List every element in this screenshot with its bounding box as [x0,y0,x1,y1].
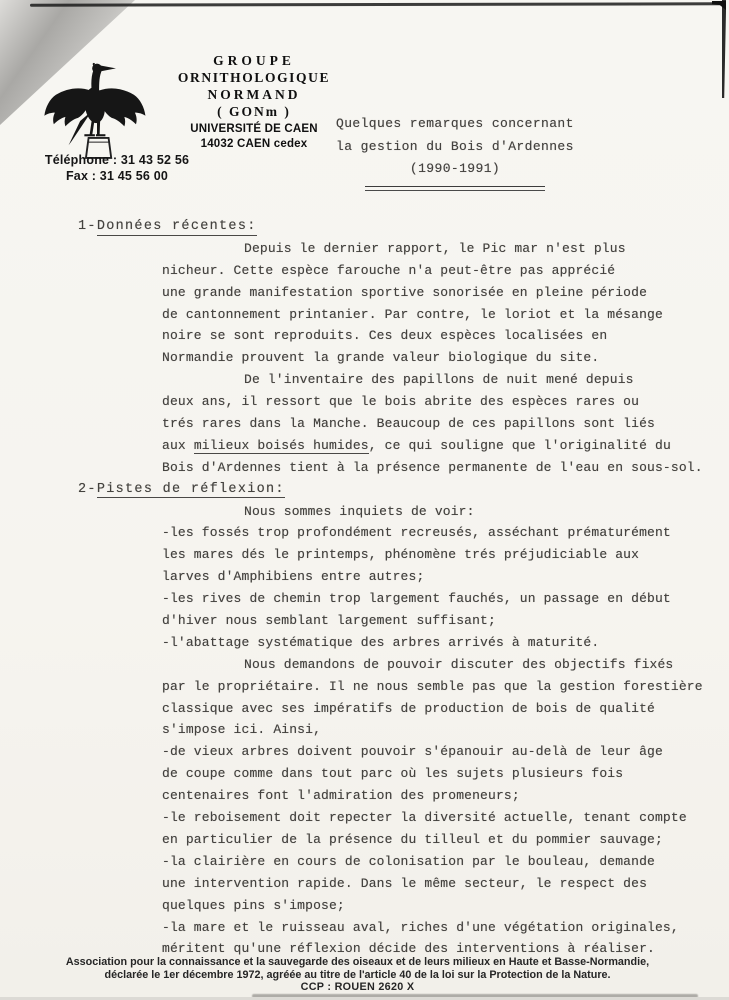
underlined-text: Pistes de réflexion: [97,482,285,499]
body-line: larves d'Amphibiens entre autres; [78,569,723,591]
body-line: -la clairière en cours de colonisation p… [78,854,723,876]
body-line: deux ans, il ressort que le bois abrite … [78,394,723,416]
document-footer: Association pour la connaissance et la s… [0,956,715,994]
body-line: quelques pins s'impose; [78,898,723,920]
underlined-text: Données récentes: [97,219,257,236]
footer-line-2: déclarée le 1er décembre 1972, agréée au… [0,969,715,982]
org-university: UNIVERSITÉ DE CAEN [168,122,340,137]
body-line: aux milieux boisés humides, ce qui souli… [78,438,723,460]
body-line: noire se sont reproduits. Ces deux espèc… [78,328,723,350]
body-line: de coupe comme dans tout parc où les suj… [78,766,723,788]
document-body: 1-Données récentes:Depuis le dernier rap… [78,219,723,963]
body-line: -la mare et le ruisseau aval, riches d'u… [78,920,723,942]
body-line: -le reboisement doit repecter la diversi… [78,810,723,832]
title-line-1: Quelques remarques concernant [336,113,574,136]
letterhead-org-block: GROUPE ORNITHOLOGIQUE NORMAND ( GONm ) U… [168,52,340,151]
org-name-line-1: GROUPE [168,52,340,69]
org-name-line-2: ORNITHOLOGIQUE [168,69,340,86]
body-line: s'impose ici. Ainsi, [78,722,723,744]
scan-top-edge [30,2,722,6]
body-line: Nous sommes inquiets de voir: [78,504,723,526]
org-name-line-3: NORMAND [168,86,340,103]
org-acronym: ( GONm ) [168,103,340,120]
body-line: nicheur. Cette espèce farouche n'a peut-… [78,263,723,285]
footer-line-1: Association pour la connaissance et la s… [0,956,715,969]
org-address: 14032 CAEN cedex [168,137,340,151]
body-line: d'hiver nous semblant largement suffisan… [78,613,723,635]
body-line: -de vieux arbres doivent pouvoir s'épano… [78,744,723,766]
body-line: trés rares dans la Manche. Beaucoup de c… [78,416,723,438]
letterhead-fax: Fax : 31 45 56 00 [28,169,206,185]
scanned-document-page: { "letterhead": { "org_lines": ["GROUPE"… [0,0,729,1000]
body-line: Depuis le dernier rapport, le Pic mar n'… [78,241,723,263]
document-title: Quelques remarques concernant la gestion… [336,113,574,191]
section-heading: 1-Données récentes: [78,219,723,241]
body-line: Bois d'Ardennes tient à la présence perm… [78,460,723,482]
footer-line-3: CCP : ROUEN 2620 X [0,981,715,994]
underlined-text: milieux boisés humides [194,438,369,455]
title-line-2: la gestion du Bois d'Ardennes [336,136,574,159]
cormorant-logo-icon [44,60,150,160]
body-line: -l'abattage systématique des arbres arri… [78,635,723,657]
body-line: de cantonnement printanier. Par contre, … [78,307,723,329]
body-line: par le propriétaire. Il ne nous semble p… [78,679,723,701]
body-line: -les fossés trop profondément recreusés,… [78,525,723,547]
letterhead-phone: Téléphone : 31 43 52 56 [28,153,206,169]
section-heading: 2-Pistes de réflexion: [78,482,723,504]
body-line: une grande manifestation sportive sonori… [78,285,723,307]
title-line-3: (1990-1991) [336,158,574,181]
body-line: une intervention rapide. Dans le même se… [78,876,723,898]
body-line: centenaires font l'admiration des promen… [78,788,723,810]
body-line: les mares dés le printemps, phénomène tr… [78,547,723,569]
body-line: classique avec ses impératifs de product… [78,701,723,723]
body-line: Normandie prouvent la grande valeur biol… [78,350,723,372]
body-line: Nous demandons de pouvoir discuter des o… [78,657,723,679]
body-line: -les rives de chemin trop largement fauc… [78,591,723,613]
title-underline [365,186,545,191]
scan-right-edge [722,0,726,98]
body-line: en particulier de la présence du tilleul… [78,832,723,854]
body-line: De l'inventaire des papillons de nuit me… [78,372,723,394]
